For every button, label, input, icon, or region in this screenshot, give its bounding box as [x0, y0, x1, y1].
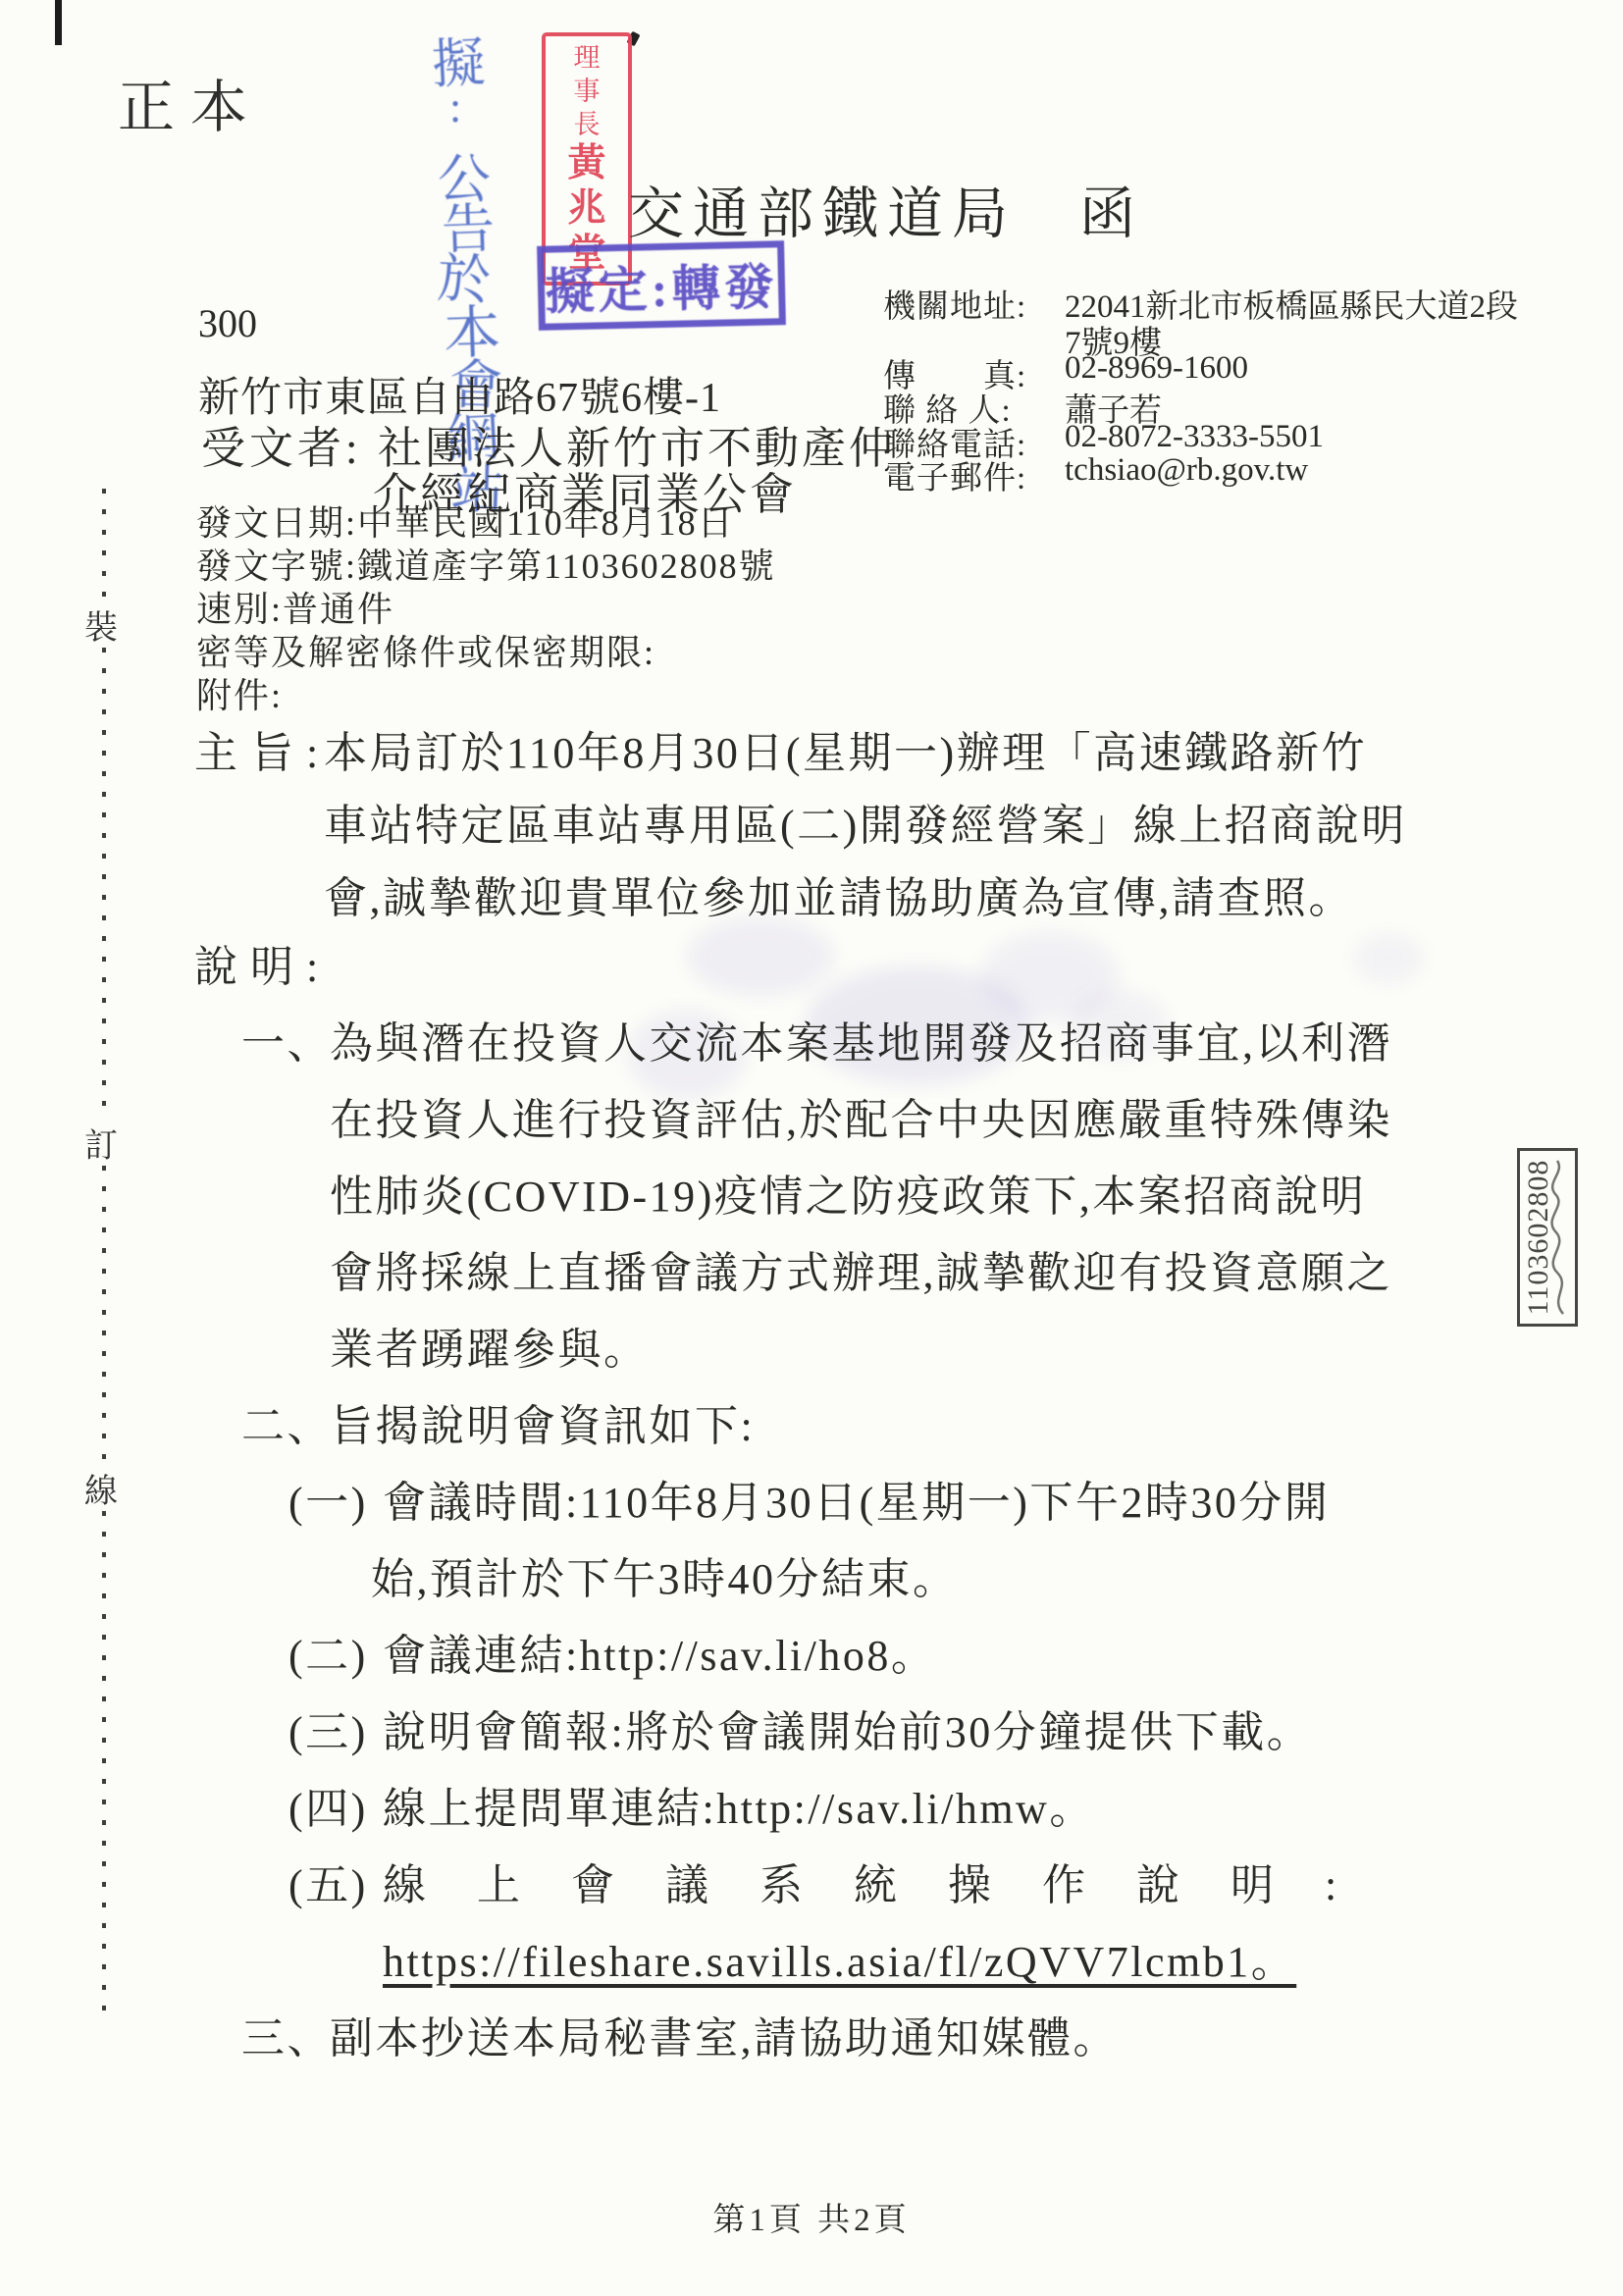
binding-dotted-line	[102, 1511, 106, 2017]
document-title: 交通部鐵道局 函	[628, 169, 1144, 249]
stamp-char: 黃	[567, 143, 605, 184]
info-label-address: 機關地址:	[883, 281, 1026, 327]
info-label-email: 電子郵件:	[883, 452, 1026, 498]
explanation-label: 說明:	[194, 931, 331, 994]
recipient-label: 受文者:	[201, 412, 362, 476]
subject-line: 本局訂於110年8月30日(星期一)辦理「高速鐵路新竹	[324, 717, 1367, 780]
handwritten-char: :	[449, 82, 461, 132]
meta-attachment: 附件:	[196, 668, 283, 718]
handwriting-squiggle	[1520, 1151, 1575, 1324]
item-marker: 二、	[241, 1390, 333, 1453]
binding-dotted-line	[102, 1166, 106, 1464]
subject-line: 會,誠摯歡迎貴單位參加並請協助廣為宣傳,請查照。	[324, 862, 1354, 925]
stamp-char: 理	[574, 43, 601, 73]
recipient-postal-code: 300	[198, 300, 257, 346]
stamp-char: 長	[574, 110, 601, 139]
item1-line: 會將採線上直播會議方式辦理,誠摯歡迎有投資意願之	[330, 1237, 1392, 1300]
binding-mark: 線	[84, 1464, 118, 1512]
subitem-marker: (五)	[288, 1850, 368, 1912]
subject-label: 主旨:	[194, 717, 331, 780]
decision-stamp: 擬定:轉發	[537, 240, 786, 331]
item1-line: 在投資人進行投資評估,於配合中央因應嚴重特殊傳染	[330, 1084, 1392, 1147]
binding-mark: 裝	[84, 600, 118, 649]
binding-mark: 訂	[84, 1119, 118, 1167]
subitem-marker: (四)	[288, 1773, 368, 1836]
subitem-marker: (二)	[288, 1620, 368, 1683]
stamp-char: 兆	[567, 188, 605, 230]
info-value-phone: 02-8072-3333-5501	[1065, 419, 1324, 455]
subject-line: 車站特定區車站專用區(二)開發經營案」線上招商說明	[324, 790, 1407, 853]
item1-line: 為與潛在投資人交流本案基地開發及招商事宜,以利潛	[330, 1008, 1392, 1070]
item3-text: 副本抄送本局秘書室,請協助通知媒體。	[330, 2003, 1119, 2065]
subitem-marker: (一)	[288, 1467, 368, 1530]
item1-line: 業者踴躍參與。	[330, 1314, 650, 1377]
subitem5-text: 線上會議系統操作說明:	[383, 1850, 1387, 1912]
document-type: 函	[1079, 169, 1144, 249]
info-value-fax: 02-8969-1600	[1065, 350, 1248, 387]
subitem2-text: 會議連結:http://sav.li/ho8。	[383, 1620, 936, 1683]
subitem-marker: (三)	[288, 1696, 368, 1759]
subitem3-text: 說明會簡報:將於會議開始前30分鐘提供下載。	[383, 1696, 1312, 1759]
item2-text: 旨揭說明會資訊如下:	[330, 1390, 755, 1453]
binding-dotted-line	[102, 648, 106, 1119]
stamp-char: 事	[574, 77, 601, 106]
issuing-agency: 交通部鐵道局	[628, 169, 1017, 249]
subitem4-text: 線上提問單連結:http://sav.li/hmw。	[383, 1773, 1095, 1836]
info-value-email: tchsiao@rb.gov.tw	[1065, 452, 1308, 489]
item-marker: 一、	[241, 1008, 333, 1070]
item1-line: 性肺炎(COVID-19)疫情之防疫政策下,本案招商說明	[330, 1161, 1366, 1224]
subitem1-line: 始,預計於下午3時40分結束。	[371, 1543, 959, 1606]
stamp-ghost-smudge	[1354, 934, 1423, 983]
copy-type-label: 正本	[118, 61, 263, 143]
subitem5-url: https://fileshare.savills.asia/fl/zQVV7l…	[383, 1926, 1296, 1989]
stamp-ghost-smudge	[687, 917, 834, 996]
item-marker: 三、	[241, 2003, 333, 2065]
scan-edge-artifact	[55, 0, 62, 45]
doc-number-stamp: 1103602808	[1517, 1148, 1578, 1327]
scanned-official-letter: 正本 擬 : 公 告 於 本 會 網 站 理 事 長 黃 兆 堂 擬定:轉發 交…	[0, 0, 1623, 2296]
page-number: 第1頁 共2頁	[0, 2194, 1623, 2240]
binding-dotted-line	[102, 489, 106, 600]
subitem1-line: 會議時間:110年8月30日(星期一)下午2時30分開	[383, 1467, 1330, 1530]
